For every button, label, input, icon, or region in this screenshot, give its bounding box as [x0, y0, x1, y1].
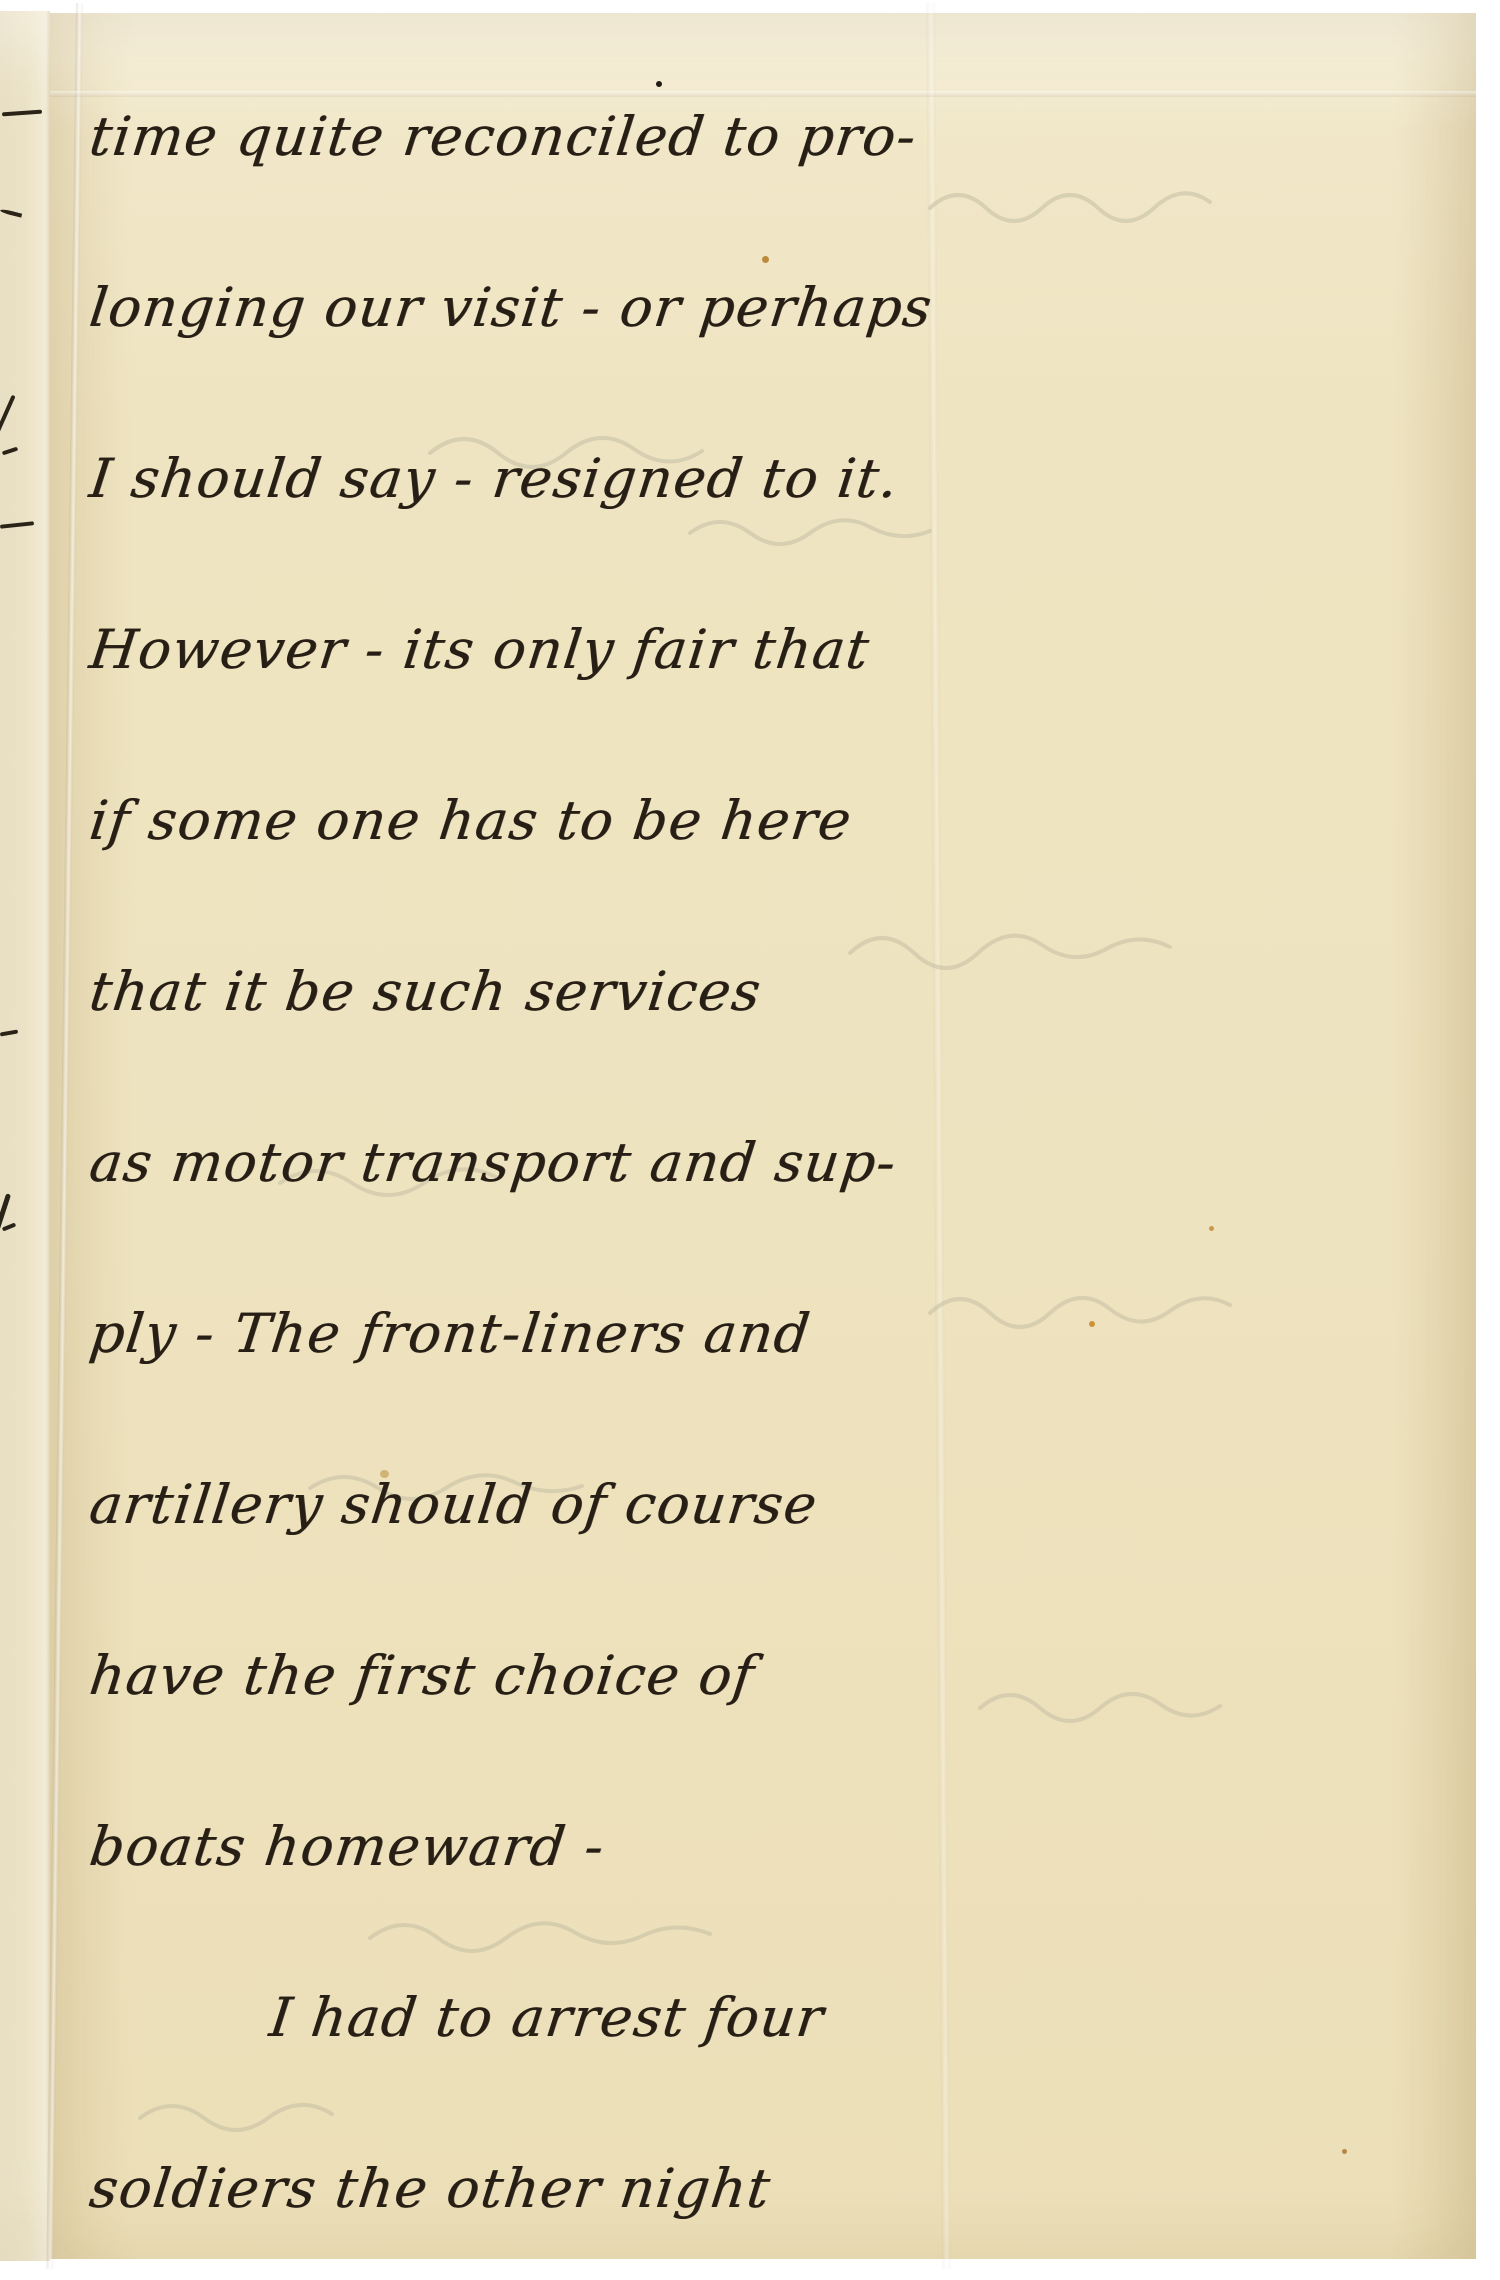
handwritten-line-7: as motor transport and sup- — [80, 1077, 1487, 1248]
handwritten-line-5: if some one has to be here — [80, 735, 1487, 906]
ink-fragment — [0, 1029, 18, 1036]
letter-page: time quite reconciled to pro- longing ou… — [50, 13, 1476, 2259]
handwritten-line-9: artillery should of course — [80, 1419, 1487, 1590]
handwritten-line-3: I should say - resigned to it. — [80, 393, 1487, 564]
handwritten-line-13: soldiers the other night — [80, 2103, 1487, 2274]
ink-fragment — [0, 395, 16, 450]
ink-fragment — [0, 521, 34, 529]
handwritten-line-6: that it be such services — [80, 906, 1487, 1077]
scanned-letter: time quite reconciled to pro- longing ou… — [0, 0, 1500, 2280]
ink-fragment — [2, 447, 18, 456]
handwritten-line-2: longing our visit - or perhaps — [80, 222, 1487, 393]
handwritten-line-11: boats homeward - — [80, 1761, 1487, 1932]
handwritten-line-12: I had to arrest four — [80, 1932, 1487, 2103]
handwritten-line-4: However - its only fair that — [80, 564, 1487, 735]
ink-fragment — [0, 208, 22, 217]
ink-fragment — [2, 110, 42, 117]
handwritten-line-10: have the first choice of — [80, 1590, 1487, 1761]
ink-fragment — [2, 1223, 16, 1232]
handwritten-line-1: time quite reconciled to pro- — [80, 51, 1487, 222]
letter-body: time quite reconciled to pro- longing ou… — [50, 13, 1476, 2259]
previous-page-edge — [0, 11, 50, 2261]
handwritten-line-8: ply - The front-liners and — [80, 1248, 1487, 1419]
